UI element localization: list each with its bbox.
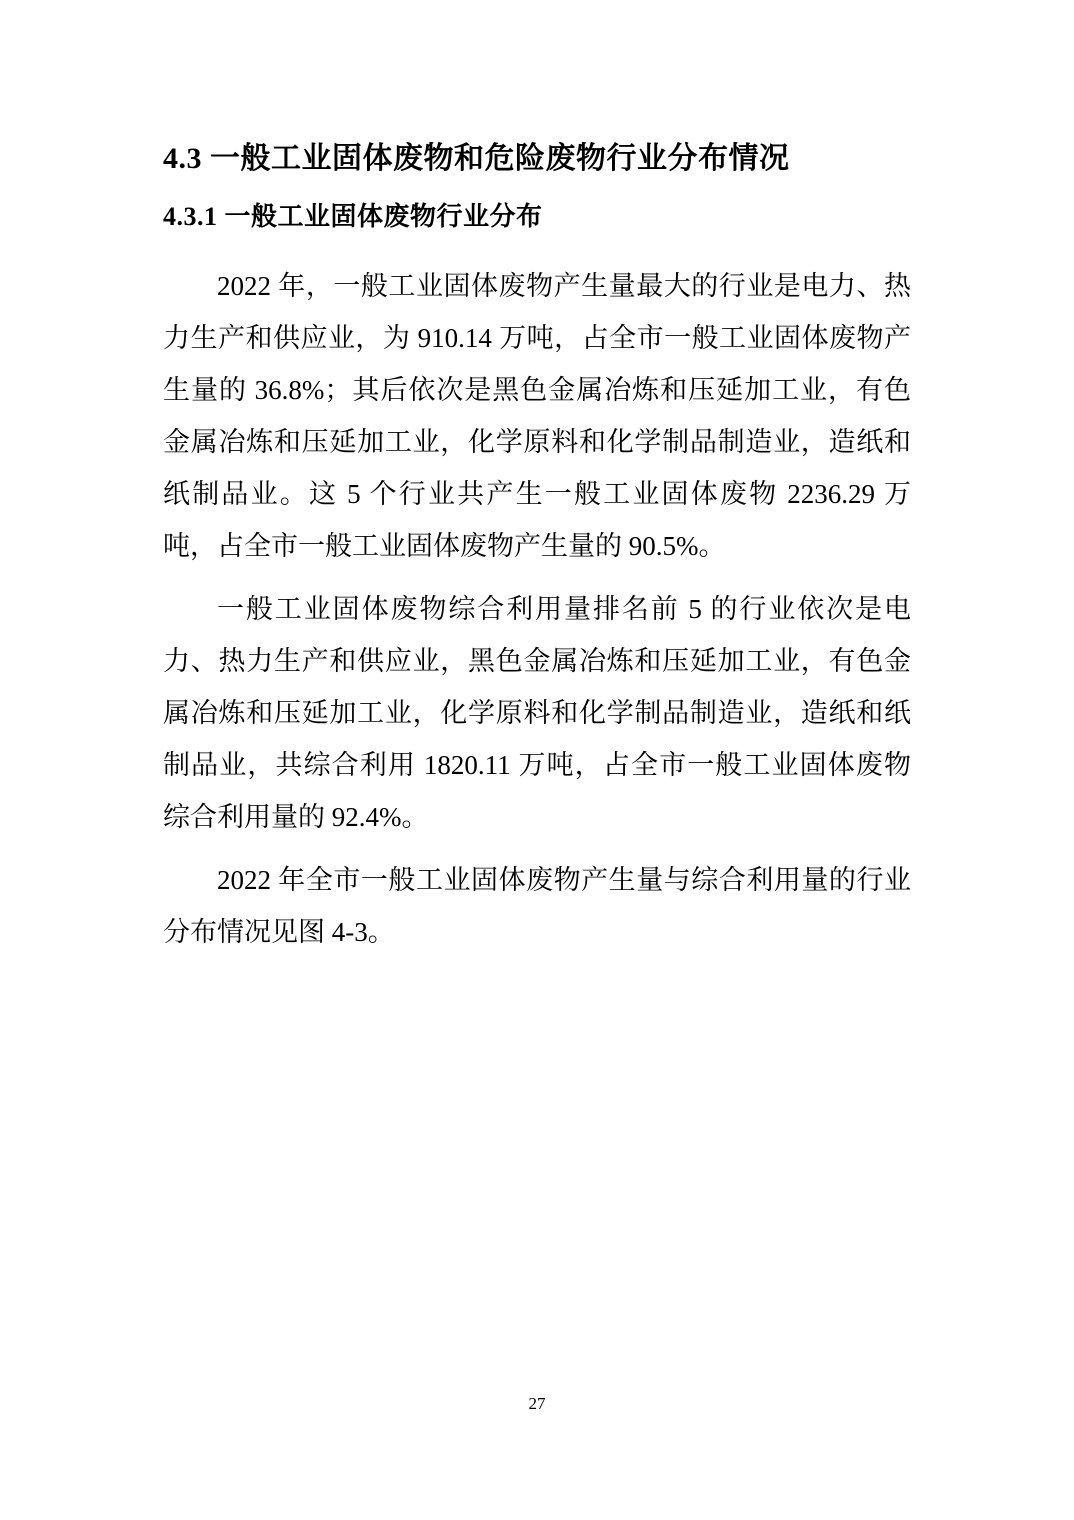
document-page: 4.3 一般工业固体废物和危险废物行业分布情况 4.3.1 一般工业固体废物行业… <box>0 0 1074 1520</box>
section-heading: 4.3 一般工业固体废物和危险废物行业分布情况 <box>163 140 911 178</box>
paragraph-1: 2022 年，一般工业固体废物产生量最大的行业是电力、热力生产和供应业，为 91… <box>163 260 911 572</box>
page-number: 27 <box>529 1394 546 1413</box>
document-body: 4.3 一般工业固体废物和危险废物行业分布情况 4.3.1 一般工业固体废物行业… <box>163 140 911 969</box>
subsection-heading: 4.3.1 一般工业固体废物行业分布 <box>163 200 911 234</box>
page-footer: 27 <box>0 1394 1074 1414</box>
paragraph-2: 一般工业固体废物综合利用量排名前 5 的行业依次是电力、热力生产和供应业，黑色金… <box>163 583 911 843</box>
paragraph-3: 2022 年全市一般工业固体废物产生量与综合利用量的行业分布情况见图 4-3。 <box>163 854 911 958</box>
